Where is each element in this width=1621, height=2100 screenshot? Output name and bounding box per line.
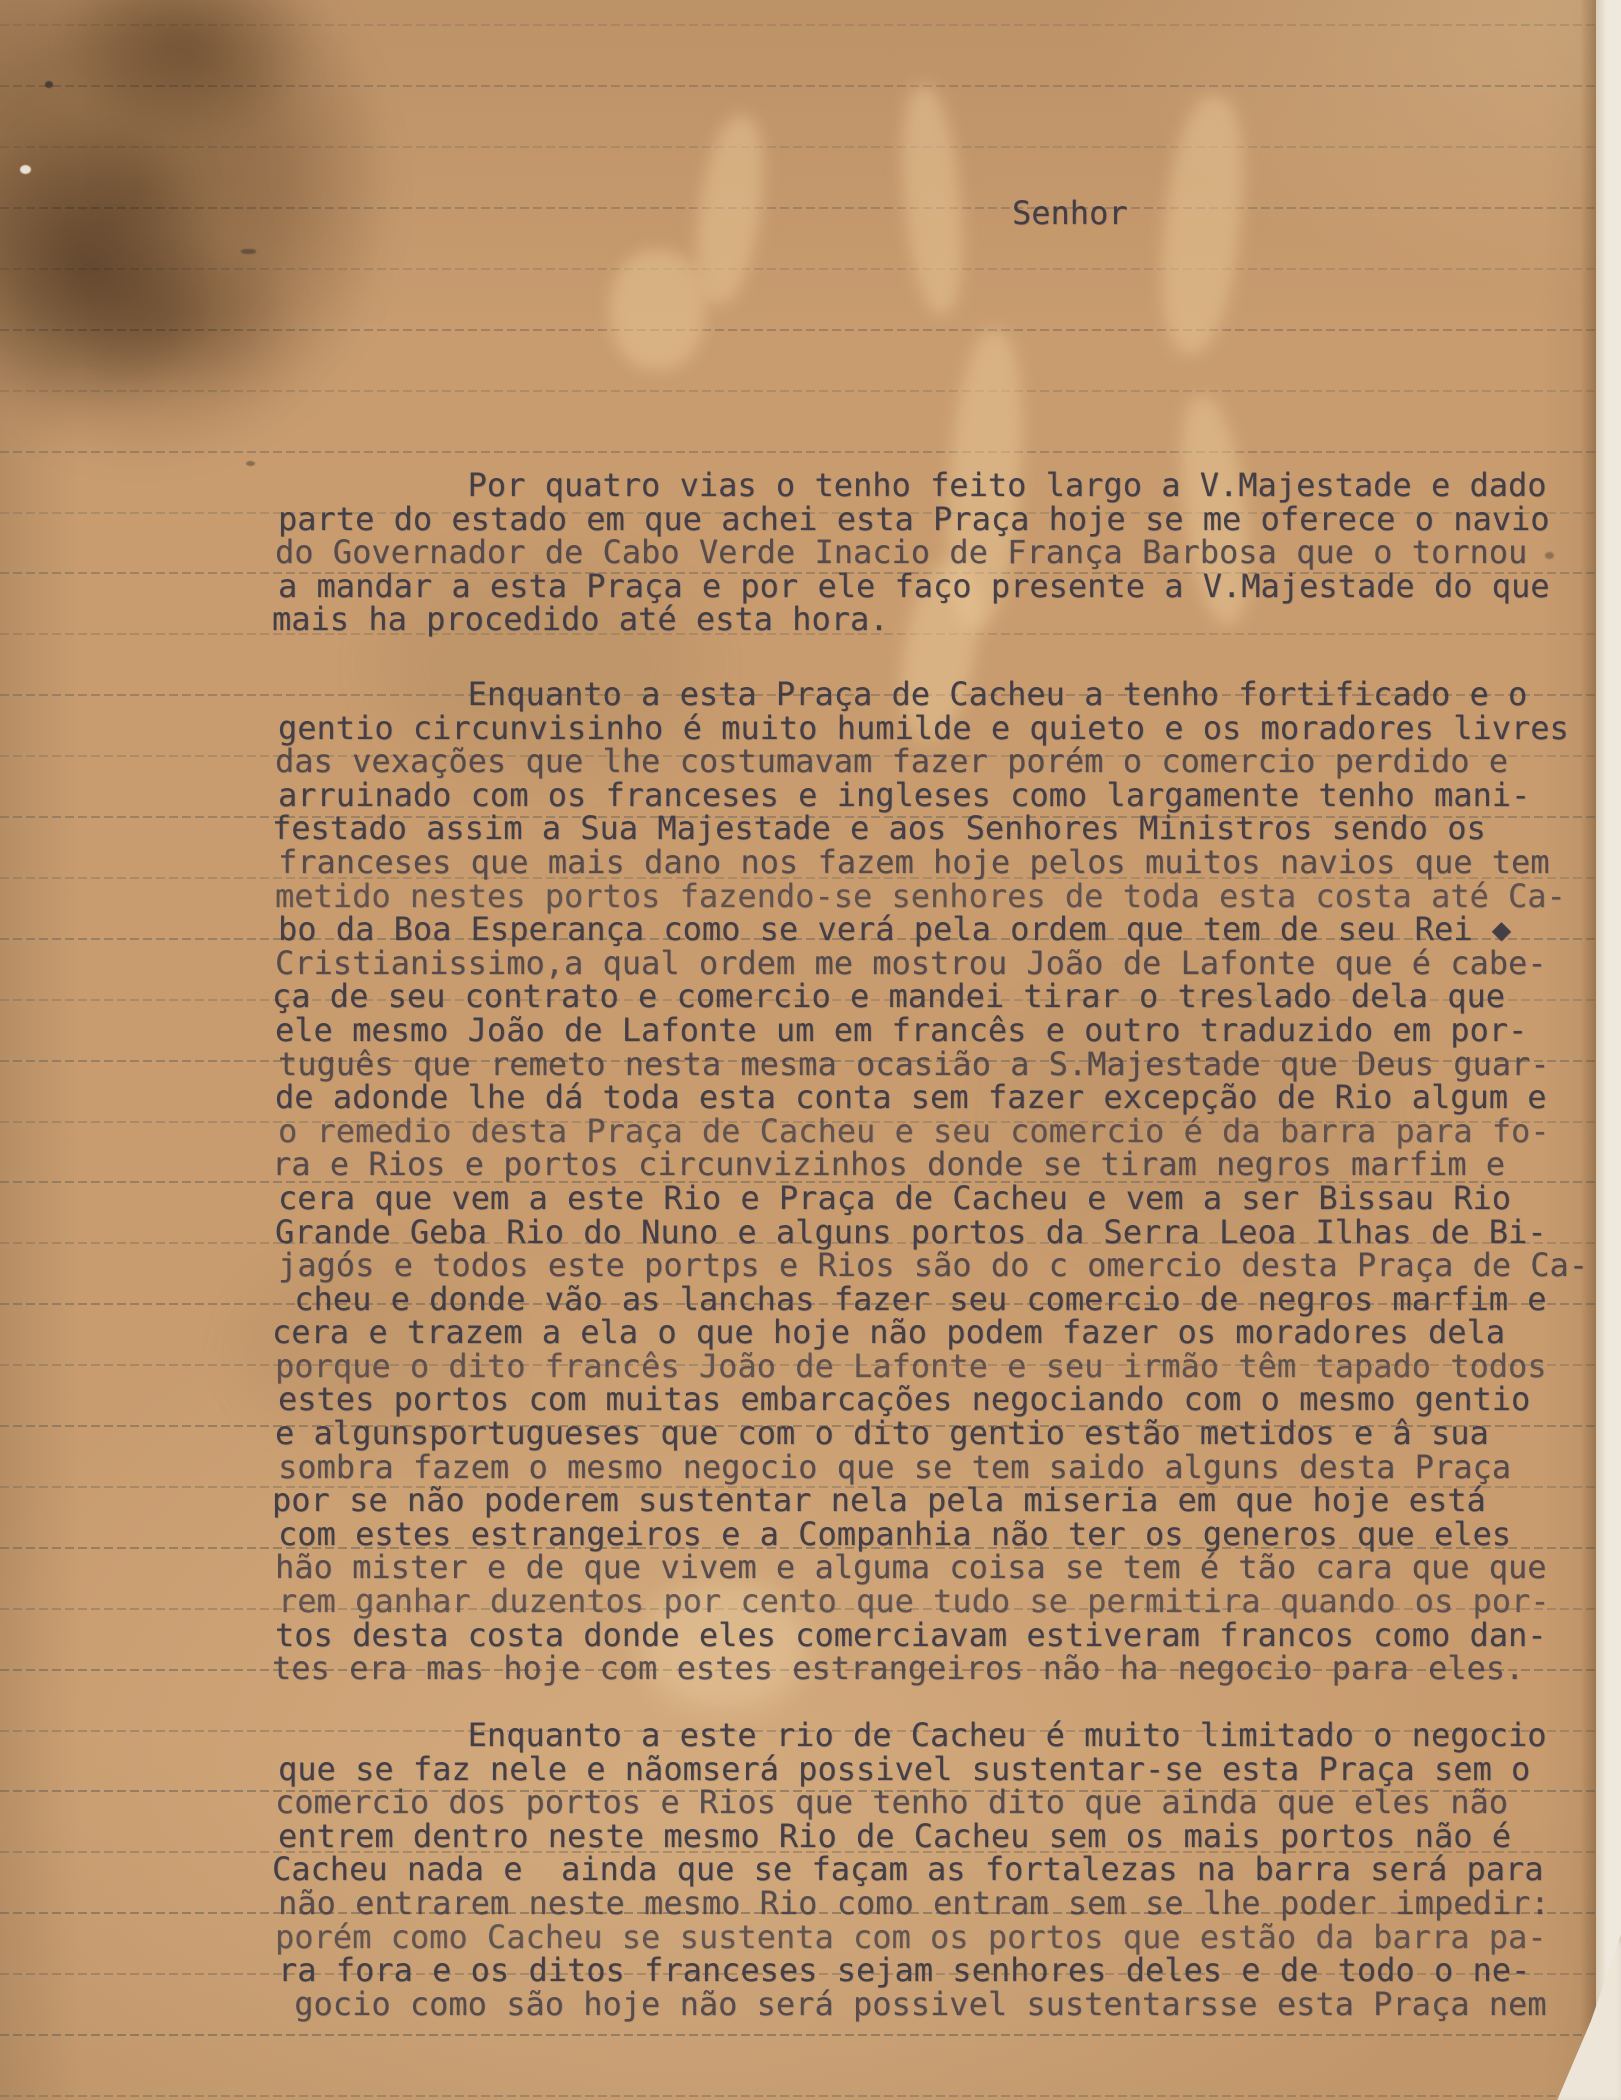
ghost-impression [687,112,773,309]
text-line: festado assim a Sua Majestade e aos Senh… [272,812,1588,846]
text-line: metido nestes portos fazendo-se senhores… [275,880,1588,914]
text-line: ça de seu contrato e comercio e mandei t… [272,980,1588,1014]
page-corner [1546,1935,1621,2100]
text-line: mais ha procedido até esta hora. [272,603,1550,637]
ruled-line [0,207,1621,209]
text-line: do Governador de Cabo Verde Inacio de Fr… [275,536,1550,570]
text-line: hão mister e de que vivem e alguma coisa… [275,1551,1588,1585]
text-line: Enquanto a esta Praça de Cacheu a tenho … [275,678,1588,712]
text-line: gocio como são hoje não será possivel su… [275,1988,1550,2022]
text-line: Grande Geba Rio do Nuno e alguns portos … [275,1216,1588,1250]
text-line: tes era mas hoje com estes estrangeiros … [272,1652,1588,1686]
text-line: das vexações que lhe costumavam fazer po… [275,745,1588,779]
ghost-impression [895,83,970,317]
text-line: gentio circunvisinho é muito humilde e q… [278,712,1588,746]
text-line: Enquanto a este rio de Cacheu é muito li… [275,1719,1550,1753]
ink-stain [0,0,400,470]
paragraph-1: Por quatro vias o tenho feito largo a V.… [275,469,1550,637]
text-line: franceses que mais dano nos fazem hoje p… [278,846,1588,880]
ruled-line [0,24,1621,26]
ruled-line [0,329,1621,331]
text-line: bo da Boa Esperança como se verá pela or… [278,913,1588,947]
text-line: que se faz nele e nãomserá possivel sust… [278,1753,1550,1787]
text-line: ra e Rios e portos circunvizinhos donde … [272,1148,1588,1182]
text-line: porém como Cacheu se sustenta com os por… [275,1921,1550,1955]
ruled-line [0,2095,1621,2097]
ink-stain-core [0,110,220,420]
text-line: Por quatro vias o tenho feito largo a V.… [275,469,1550,503]
ghost-impression [610,250,705,370]
ink-speck [45,81,53,88]
text-line: a mandar a esta Praça e por ele faço pre… [278,570,1550,604]
text-line: ra fora e os ditos franceses sejam senho… [278,1954,1550,1988]
text-line: sombra fazem o mesmo negocio que se tem … [278,1451,1588,1485]
text-line: jagós e todos este portps e Rios são do … [278,1249,1588,1283]
ink-speck [241,249,256,254]
text-line: cera que vem a este Rio e Praça de Cache… [278,1182,1588,1216]
text-line: tos desta costa donde eles comerciavam e… [275,1619,1588,1653]
ruled-line [0,2034,1621,2036]
paragraph-2: Enquanto a esta Praça de Cacheu a tenho … [275,678,1588,1686]
text-line: por se não poderem sustentar nela pela m… [272,1484,1588,1518]
paragraph-3: Enquanto a este rio de Cacheu é muito li… [275,1719,1550,2021]
ruled-line [0,268,1621,270]
text-line: entrem dentro neste mesmo Rio de Cacheu … [278,1820,1550,1854]
text-line: com estes estrangeiros e a Companhia não… [278,1518,1588,1552]
text-line: porque o dito francês João de Lafonte e … [275,1350,1588,1384]
text-line: Cristianissimo,a qual ordem me mostrou J… [275,947,1588,981]
text-line: parte do estado em que achei esta Praça … [278,503,1550,537]
scanned-letter-page: Senhor Por quatro vias o tenho feito lar… [0,0,1621,2100]
text-line: comercio dos portos e Rios que tenho dit… [275,1786,1550,1820]
text-line: não entrarem neste mesmo Rio como entram… [278,1887,1550,1921]
ruled-line [0,146,1621,148]
text-line: cera e trazem a ela o que hoje não podem… [272,1316,1588,1350]
text-line: rem ganhar duzentos por cento que tudo s… [278,1585,1588,1619]
ink-speck [246,461,255,466]
text-line: Cacheu nada e ainda que se façam as fort… [272,1853,1550,1887]
ink-stain-smudge [55,235,305,405]
text-line: cheu e donde vão as lanchas fazer seu co… [275,1283,1588,1317]
ghost-impression [1152,92,1254,358]
scan-edge [1596,0,1621,2100]
salutation: Senhor [1012,197,1128,231]
text-line: e algunsportugueses que com o dito genti… [275,1417,1588,1451]
paper-speck [20,165,31,174]
text-line: estes portos com muitas embarcações nego… [278,1383,1588,1417]
ruled-line [0,390,1621,392]
text-line: de adonde lhe dá toda esta conta sem faz… [275,1081,1588,1115]
ruled-line [0,451,1621,453]
text-line: tuguês que remeto nesta mesma ocasião a … [278,1048,1588,1082]
ink-stain-smudge [50,0,320,140]
text-line: arruinado com os franceses e ingleses co… [278,779,1588,813]
ruled-line [0,85,1621,87]
text-line: o remedio desta Praça de Cacheu e seu co… [278,1115,1588,1149]
text-line: ele mesmo João de Lafonte um em francês … [275,1014,1588,1048]
